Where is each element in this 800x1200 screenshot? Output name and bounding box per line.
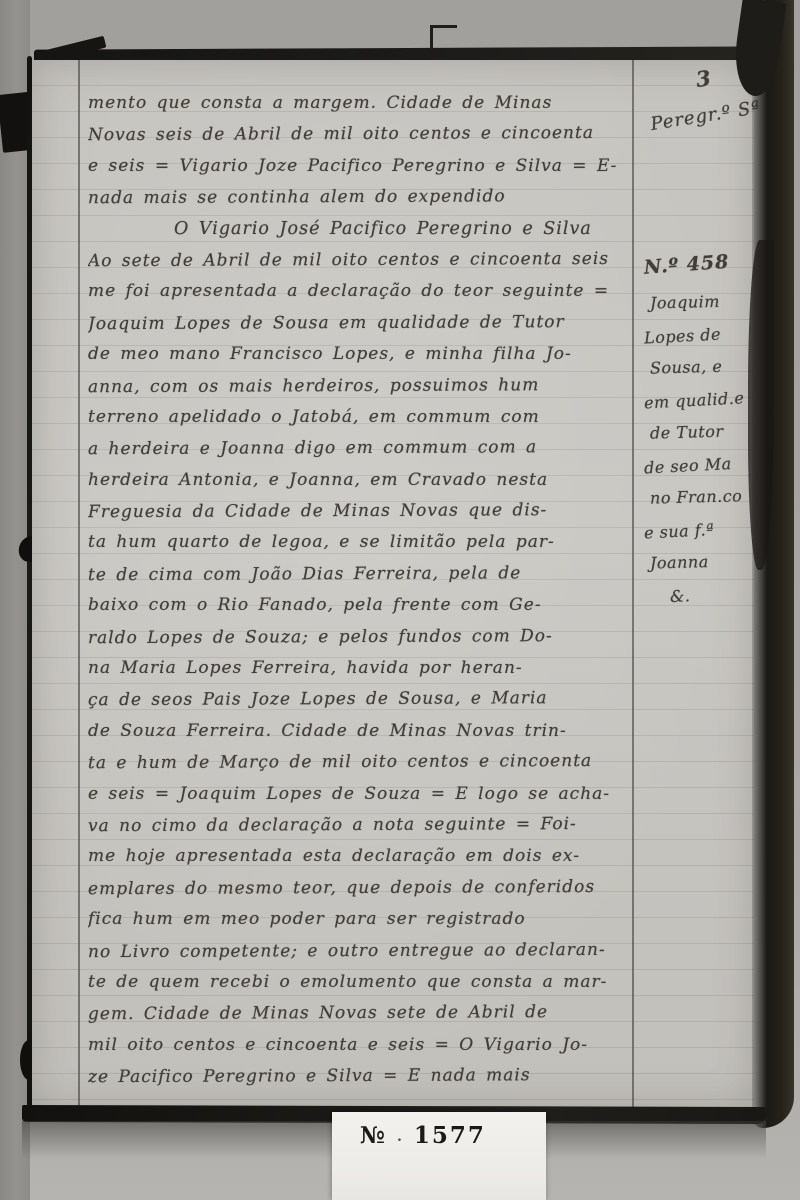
manuscript-text: mento que consta a margem. Cidade de Min…: [88, 88, 632, 1093]
manuscript-line: te de quem recebi o emolumento que const…: [88, 967, 632, 998]
label-separator: .: [397, 1129, 404, 1145]
manuscript-line: ta e hum de Março de mil oito centos e c…: [88, 746, 632, 780]
manuscript-page: 3 Peregr.º Sª mento que consta a margem.…: [32, 60, 754, 1108]
manuscript-line: gem. Cidade de Minas Novas sete de Abril…: [88, 997, 632, 1031]
manuscript-line: raldo Lopes de Souza; e pelos fundos com…: [88, 620, 632, 654]
archive-label: №.1577: [332, 1112, 546, 1200]
manuscript-line: fica hum em meo poder para ser registrad…: [88, 904, 632, 935]
manuscript-line: O Vigario José Pacifico Peregrino e Silv…: [88, 214, 632, 245]
manuscript-line: de Souza Ferreira. Cidade de Minas Novas…: [88, 716, 632, 747]
page-number: 3: [694, 65, 712, 92]
manuscript-line: no Livro competente; e outro entregue ao…: [88, 934, 632, 968]
manuscript-line: Freguesia da Cidade de Minas Novas que d…: [88, 495, 632, 529]
crop-mark-icon: [430, 25, 457, 50]
manuscript-line: ça de seos Pais Joze Lopes de Sousa, e M…: [88, 683, 632, 717]
archive-number: №.1577: [360, 1122, 486, 1149]
manuscript-line: mil oito centos e cincoenta e seis = O V…: [88, 1030, 632, 1061]
manuscript-line: te de cima com João Dias Ferreira, pela …: [88, 558, 632, 592]
manuscript-line: Ao sete de Abril de mil oito centos e ci…: [88, 244, 632, 278]
manuscript-line: a herdeira e Joanna digo em commum com a: [88, 432, 632, 466]
scanned-photo-backdrop: 3 Peregr.º Sª mento que consta a margem.…: [0, 0, 800, 1200]
manuscript-line: va no cimo da declaração a nota seguinte…: [88, 809, 632, 843]
manuscript-line: na Maria Lopes Ferreira, havida por hera…: [88, 653, 632, 684]
manuscript-line: Novas seis de Abril de mil oito centos e…: [88, 118, 632, 152]
archive-number-value: 1577: [414, 1122, 486, 1149]
manuscript-line: terreno apelidado o Jatobá, em commum co…: [88, 402, 632, 433]
book-left-backdrop: [0, 0, 30, 1200]
manuscript-line: e seis = Joaquim Lopes de Souza = E logo…: [88, 779, 632, 810]
manuscript-line: Joaquim Lopes de Sousa em qualidade de T…: [88, 307, 632, 341]
manuscript-line: e seis = Vigario Joze Pacifico Peregrino…: [88, 151, 632, 182]
manuscript-line: anna, com os mais herdeiros, possuimos h…: [88, 369, 632, 403]
manuscript-line: nada mais se continha alem do expendido: [88, 181, 632, 215]
manuscript-line: herdeira Antonia, e Joanna, em Cravado n…: [88, 465, 632, 496]
manuscript-line: ze Pacifico Peregrino e Silva = E nada m…: [88, 1060, 632, 1094]
manuscript-line: ta hum quarto de legoa, e se limitão pel…: [88, 527, 632, 558]
numero-sign: №: [360, 1122, 387, 1149]
manuscript-line: mento que consta a margem. Cidade de Min…: [88, 88, 632, 119]
manuscript-line: emplares do mesmo teor, que depois de co…: [88, 872, 632, 906]
margin-column-rule: [632, 60, 634, 1108]
manuscript-line: me foi apresentada a declaração do teor …: [88, 276, 632, 307]
manuscript-line: de meo mano Francisco Lopes, e minha fil…: [88, 339, 632, 370]
manuscript-line: me hoje apresentada esta declaração em d…: [88, 841, 632, 872]
book-right-edge-tatter: [748, 240, 774, 570]
manuscript-line: baixo com o Rio Fanado, pela frente com …: [88, 590, 632, 621]
left-margin-rule: [78, 60, 80, 1108]
